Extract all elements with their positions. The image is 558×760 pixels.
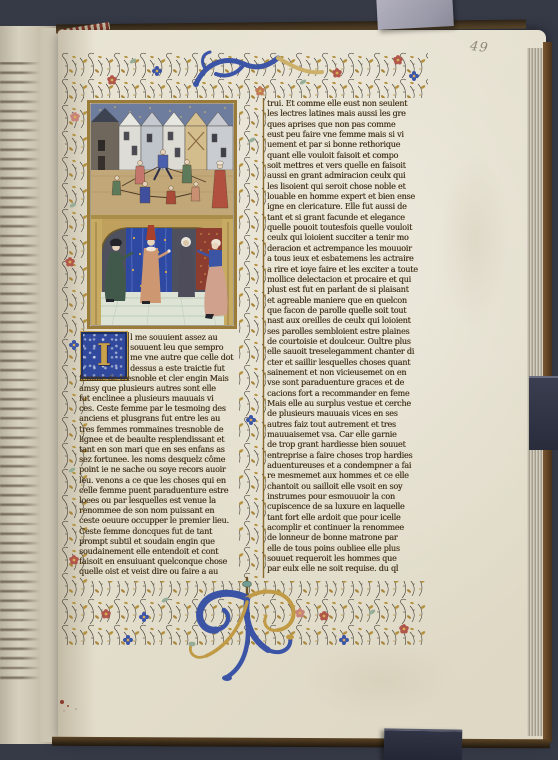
folio-number: 49 xyxy=(469,39,489,56)
right-column-text: trui. Et comme elle eust non seulent les… xyxy=(267,99,429,575)
left-column-opening-lines: l me souuient assez au souuent leu que s… xyxy=(130,333,242,374)
page-clip-bottom xyxy=(384,728,463,760)
miniature-arch-scene xyxy=(91,219,233,325)
register-divider xyxy=(91,215,233,219)
manuscript-photo: I l me souuient assez au souuent leu que… xyxy=(0,0,558,760)
page-clip-top xyxy=(376,0,454,30)
miniature-painting xyxy=(89,102,236,328)
page-clip-right xyxy=(529,376,558,450)
border-top xyxy=(62,52,428,98)
initial-letter: I xyxy=(97,341,111,371)
house-row xyxy=(119,112,233,170)
miniature-city-dance-scene xyxy=(91,104,233,219)
left-column-text: femme de tresnoble et cler engin Mais am… xyxy=(79,374,243,578)
border-middle-strip xyxy=(239,97,266,578)
